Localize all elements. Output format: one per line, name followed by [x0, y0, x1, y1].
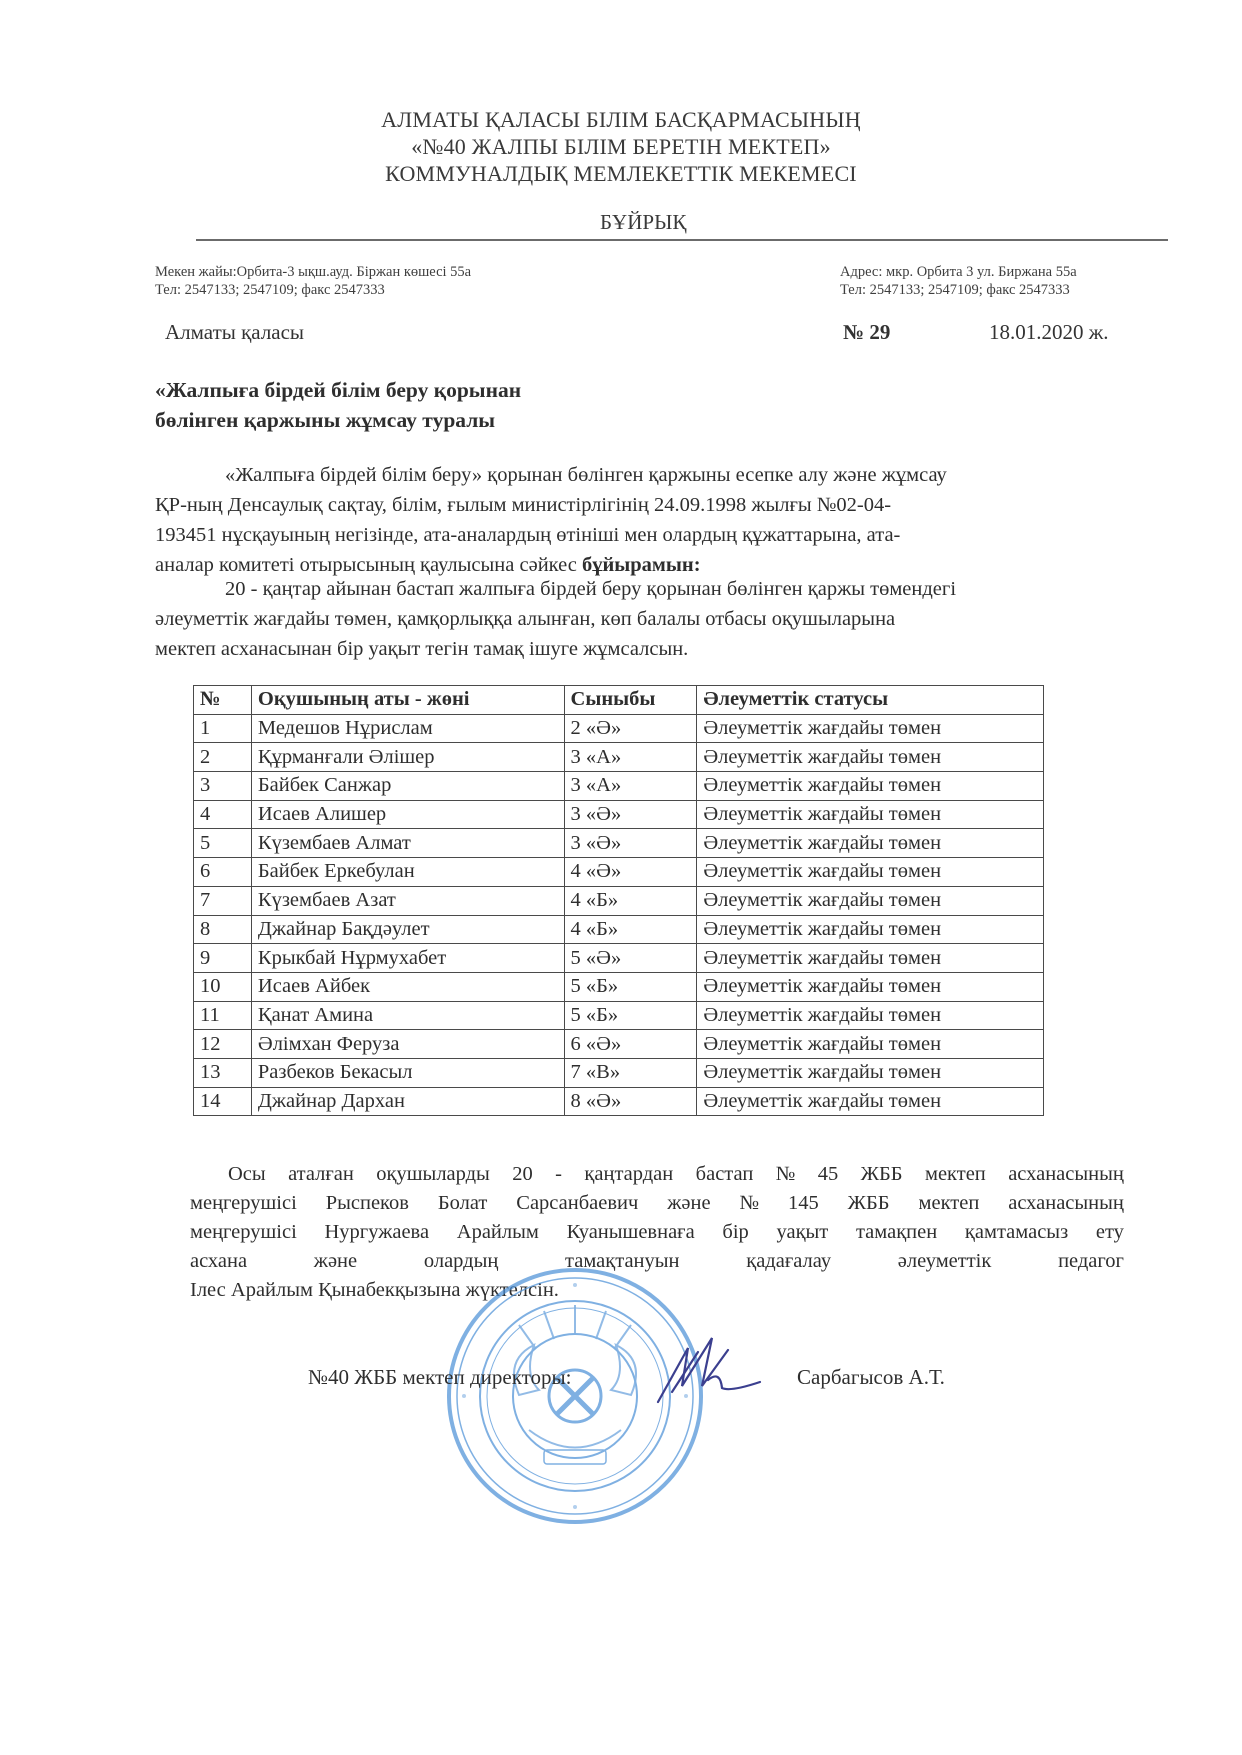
- word: ЖББ: [861, 1160, 903, 1189]
- table-row: 10Исаев Айбек5 «Б»Әлеуметтік жағдайы төм…: [194, 972, 1044, 1001]
- word: қадағалау: [746, 1247, 831, 1276]
- social-status: Әлеуметтік жағдайы төмен: [697, 800, 1044, 829]
- social-status: Әлеуметтік жағдайы төмен: [697, 1001, 1044, 1030]
- word: әлеуметтік: [898, 1247, 992, 1276]
- word: педагог: [1058, 1247, 1124, 1276]
- student-class: 5 «Б»: [564, 972, 697, 1001]
- signature-mark: [650, 1330, 770, 1410]
- student-class: 6 «Ә»: [564, 1030, 697, 1059]
- preamble-line-4-text: аналар комитеті отырысының қаулысына сәй…: [155, 554, 582, 576]
- social-status: Әлеуметтік жағдайы төмен: [697, 1087, 1044, 1116]
- social-status: Әлеуметтік жағдайы төмен: [697, 972, 1044, 1001]
- word: ЖББ: [848, 1189, 890, 1218]
- student-name: Күзембаев Алмат: [251, 829, 564, 858]
- address-russian: Адрес: мкр. Орбита 3 ул. Биржана 55а Тел…: [840, 263, 1077, 299]
- word: Нургужаева: [325, 1218, 430, 1247]
- table-row: 14Джайнар Дархан8 «Ә»Әлеуметтік жағдайы …: [194, 1087, 1044, 1116]
- document-number: № 29: [843, 320, 890, 345]
- word: асханасының: [1008, 1160, 1124, 1189]
- preamble-line-3: 193451 нұсқауының негізінде, ата-аналард…: [155, 520, 1125, 550]
- row-number: 7: [194, 886, 252, 915]
- student-class: 4 «Б»: [564, 886, 697, 915]
- table-row: 11Қанат Амина5 «Б»Әлеуметтік жағдайы төм…: [194, 1001, 1044, 1030]
- word: 145: [788, 1189, 819, 1218]
- student-name: Қанат Амина: [251, 1001, 564, 1030]
- word: және: [314, 1247, 357, 1276]
- word: Куанышевнаға: [567, 1218, 695, 1247]
- row-number: 8: [194, 915, 252, 944]
- student-class: 8 «Ә»: [564, 1087, 697, 1116]
- student-class: 7 «В»: [564, 1058, 697, 1087]
- student-name: Крыкбай Нұрмухабет: [251, 944, 564, 973]
- table-header-row: № Оқушының аты - жөні Сыныбы Әлеуметтік …: [194, 686, 1044, 715]
- students-table: № Оқушының аты - жөні Сыныбы Әлеуметтік …: [193, 685, 1044, 1116]
- assignment-line-2: меңгерушісіРыспековБолатСарсанбаевичжәне…: [190, 1189, 1124, 1218]
- signature-title: №40 ЖББ мектеп директоры:: [308, 1365, 572, 1390]
- word: мектеп: [925, 1160, 986, 1189]
- row-number: 3: [194, 772, 252, 801]
- document-date: 18.01.2020 ж.: [989, 320, 1109, 345]
- row-number: 6: [194, 858, 252, 887]
- table-row: 9Крыкбай Нұрмухабет5 «Ә»Әлеуметтік жағда…: [194, 944, 1044, 973]
- word: Осы: [228, 1160, 266, 1189]
- word: Арайлым: [457, 1218, 539, 1247]
- table-row: 3Байбек Санжар3 «А»Әлеуметтік жағдайы тө…: [194, 772, 1044, 801]
- row-number: 10: [194, 972, 252, 1001]
- address-kz-line-2: Тел: 2547133; 2547109; факс 2547333: [155, 281, 471, 299]
- student-name: Әлімхан Феруза: [251, 1030, 564, 1059]
- word: уақыт: [776, 1218, 828, 1247]
- row-number: 1: [194, 714, 252, 743]
- word: №: [740, 1189, 760, 1218]
- row-number: 14: [194, 1087, 252, 1116]
- word: мектеп: [919, 1189, 980, 1218]
- table-row: 2Құрманғали Әлішер3 «А»Әлеуметтік жағдай…: [194, 743, 1044, 772]
- word: Сарсанбаевич: [516, 1189, 638, 1218]
- table-row: 4Исаев Алишер3 «Ә»Әлеуметтік жағдайы төм…: [194, 800, 1044, 829]
- word: қамтамасыз: [965, 1218, 1068, 1247]
- word: меңгерушісі: [190, 1189, 297, 1218]
- header-divider: [196, 239, 1168, 241]
- word: ету: [1096, 1218, 1124, 1247]
- org-line-1: АЛМАТЫ ҚАЛАСЫ БІЛІМ БАСҚАРМАСЫНЫҢ: [0, 106, 1242, 133]
- word: асханасының: [1008, 1189, 1124, 1218]
- social-status: Әлеуметтік жағдайы төмен: [697, 772, 1044, 801]
- table-row: 13Разбеков Бекасыл7 «В»Әлеуметтік жағдай…: [194, 1058, 1044, 1087]
- row-number: 4: [194, 800, 252, 829]
- social-status: Әлеуметтік жағдайы төмен: [697, 714, 1044, 743]
- row-number: 9: [194, 944, 252, 973]
- student-name: Исаев Алишер: [251, 800, 564, 829]
- table-row: 7Күзембаев Азат4 «Б»Әлеуметтік жағдайы т…: [194, 886, 1044, 915]
- table-row: 5Күзембаев Алмат3 «Ә»Әлеуметтік жағдайы …: [194, 829, 1044, 858]
- social-status: Әлеуметтік жағдайы төмен: [697, 886, 1044, 915]
- order-line-3: мектеп асханасынан бір уақыт тегін тамақ…: [155, 634, 1125, 664]
- student-class: 3 «А»: [564, 772, 697, 801]
- student-class: 4 «Ә»: [564, 858, 697, 887]
- row-number: 2: [194, 743, 252, 772]
- address-ru-line-2: Тел: 2547133; 2547109; факс 2547333: [840, 281, 1077, 299]
- column-header-status: Әлеуметтік статусы: [697, 686, 1044, 715]
- organization-header: АЛМАТЫ ҚАЛАСЫ БІЛІМ БАСҚАРМАСЫНЫҢ «№40 Ж…: [0, 106, 1242, 187]
- word: бастап: [696, 1160, 754, 1189]
- column-header-number: №: [194, 686, 252, 715]
- signatory-name: Сарбагысов А.Т.: [797, 1365, 945, 1390]
- word: асхана: [190, 1247, 247, 1276]
- student-class: 5 «Ә»: [564, 944, 697, 973]
- table-row: 12Әлімхан Феруза6 «Ә»Әлеуметтік жағдайы …: [194, 1030, 1044, 1059]
- order-document: АЛМАТЫ ҚАЛАСЫ БІЛІМ БАСҚАРМАСЫНЫҢ «№40 Ж…: [0, 0, 1242, 1755]
- subject-line-1: «Жалпыға бірдей білім беру қорынан: [155, 375, 521, 405]
- column-header-name: Оқушының аты - жөні: [251, 686, 564, 715]
- word: аталған: [288, 1160, 354, 1189]
- row-number: 12: [194, 1030, 252, 1059]
- org-line-2: «№40 ЖАЛПЫ БІЛІМ БЕРЕТІН МЕКТЕП»: [0, 133, 1242, 160]
- address-ru-line-1: Адрес: мкр. Орбита 3 ул. Биржана 55а: [840, 263, 1077, 281]
- student-name: Құрманғали Әлішер: [251, 743, 564, 772]
- document-subject: «Жалпыға бірдей білім беру қорынан бөлін…: [155, 375, 521, 435]
- document-city: Алматы қаласы: [165, 320, 304, 345]
- address-kz-line-1: Мекен жайы:Орбита-3 ықш.ауд. Біржан көше…: [155, 263, 471, 281]
- word: және: [667, 1189, 710, 1218]
- student-class: 3 «А»: [564, 743, 697, 772]
- word: 45: [818, 1160, 839, 1189]
- preamble-line-2: ҚР-ның Денсаулық сақтау, білім, ғылым ми…: [155, 490, 1125, 520]
- student-name: Джайнар Дархан: [251, 1087, 564, 1116]
- student-class: 2 «Ә»: [564, 714, 697, 743]
- social-status: Әлеуметтік жағдайы төмен: [697, 858, 1044, 887]
- student-name: Джайнар Бақдәулет: [251, 915, 564, 944]
- social-status: Әлеуметтік жағдайы төмен: [697, 743, 1044, 772]
- subject-line-2: бөлінген қаржыны жұмсау туралы: [155, 405, 521, 435]
- address-kazakh: Мекен жайы:Орбита-3 ықш.ауд. Біржан көше…: [155, 263, 471, 299]
- order-line-2: әлеуметтік жағдайы төмен, қамқорлыққа ал…: [155, 604, 1125, 634]
- row-number: 13: [194, 1058, 252, 1087]
- social-status: Әлеуметтік жағдайы төмен: [697, 1058, 1044, 1087]
- table-row: 6Байбек Еркебулан4 «Ә»Әлеуметтік жағдайы…: [194, 858, 1044, 887]
- word: оқушыларды: [376, 1160, 490, 1189]
- social-status: Әлеуметтік жағдайы төмен: [697, 1030, 1044, 1059]
- word: 20: [512, 1160, 533, 1189]
- word: тамақпен: [856, 1218, 937, 1247]
- table-row: 8Джайнар Бақдәулет4 «Б»Әлеуметтік жағдай…: [194, 915, 1044, 944]
- document-type-title: БҰЙРЫҚ: [600, 210, 686, 235]
- preamble-paragraph: «Жалпыға бірдей білім беру» қорынан бөлі…: [155, 460, 1125, 580]
- column-header-class: Сыныбы: [564, 686, 697, 715]
- assignment-line-3: меңгерушісіНургужаеваАрайлымКуанышевнаға…: [190, 1218, 1124, 1247]
- word: Рыспеков: [326, 1189, 409, 1218]
- student-name: Разбеков Бекасыл: [251, 1058, 564, 1087]
- order-keyword: бұйырамын:: [582, 554, 701, 576]
- table-row: 1Медешов Нұрислам2 «Ә»Әлеуметтік жағдайы…: [194, 714, 1044, 743]
- student-class: 3 «Ә»: [564, 800, 697, 829]
- social-status: Әлеуметтік жағдайы төмен: [697, 944, 1044, 973]
- preamble-line-1: «Жалпыға бірдей білім беру» қорынан бөлі…: [155, 460, 1125, 490]
- word: Болат: [438, 1189, 488, 1218]
- row-number: 5: [194, 829, 252, 858]
- social-status: Әлеуметтік жағдайы төмен: [697, 829, 1044, 858]
- student-name: Байбек Еркебулан: [251, 858, 564, 887]
- org-line-3: КОММУНАЛДЫҚ МЕМЛЕКЕТТІК МЕКЕМЕСІ: [0, 160, 1242, 187]
- student-class: 5 «Б»: [564, 1001, 697, 1030]
- row-number: 11: [194, 1001, 252, 1030]
- assignment-line-1: Осыаталғаноқушыларды20-қаңтарданбастап№4…: [190, 1160, 1124, 1189]
- student-name: Исаев Айбек: [251, 972, 564, 1001]
- word: №: [776, 1160, 796, 1189]
- student-class: 3 «Ә»: [564, 829, 697, 858]
- word: қаңтардан: [584, 1160, 673, 1189]
- social-status: Әлеуметтік жағдайы төмен: [697, 915, 1044, 944]
- word: меңгерушісі: [190, 1218, 297, 1247]
- order-line-1: 20 - қаңтар айынан бастап жалпыға бірдей…: [155, 574, 1125, 604]
- student-name: Медешов Нұрислам: [251, 714, 564, 743]
- word: -: [555, 1160, 562, 1189]
- word: бір: [722, 1218, 748, 1247]
- student-name: Күзембаев Азат: [251, 886, 564, 915]
- order-paragraph: 20 - қаңтар айынан бастап жалпыға бірдей…: [155, 574, 1125, 664]
- student-name: Байбек Санжар: [251, 772, 564, 801]
- student-class: 4 «Б»: [564, 915, 697, 944]
